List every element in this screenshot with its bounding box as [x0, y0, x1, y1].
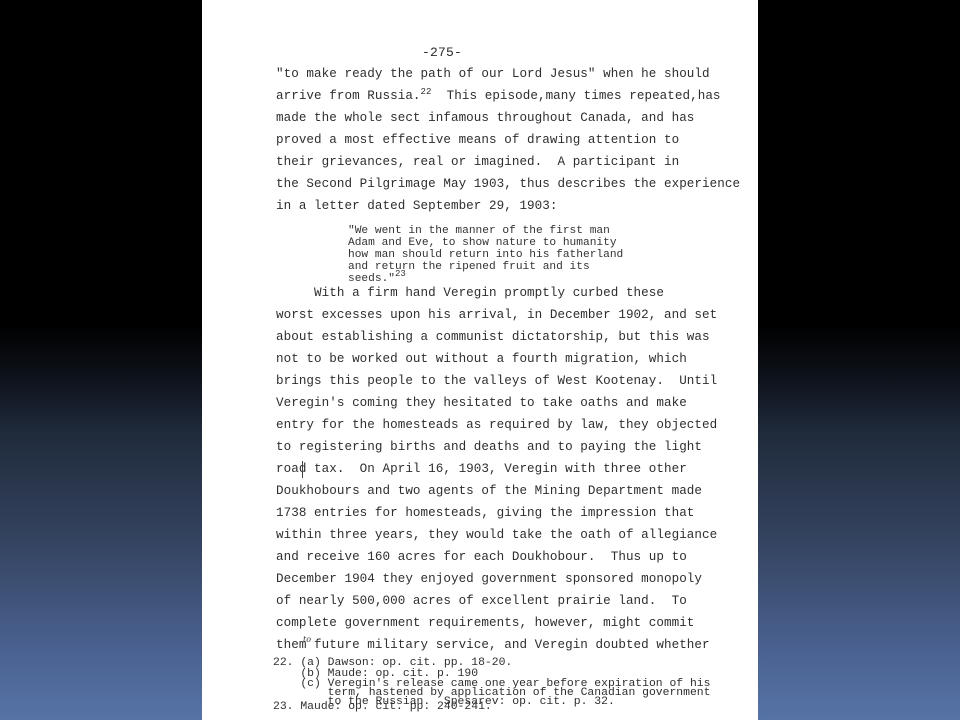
body-line: within three years, they would take the …	[276, 528, 717, 542]
body-line: not to be worked out without a fourth mi…	[276, 352, 687, 366]
body-line: December 1904 they enjoyed government sp…	[276, 572, 702, 586]
footnote-line: 23. Maude: op. cit. pp. 240-241.	[273, 702, 492, 713]
body-line: arrive from Russia.22 This episode,many …	[276, 89, 721, 103]
body-line: their grievances, real or imagined. A pa…	[276, 155, 679, 169]
body-line: of nearly 500,000 acres of excellent pra…	[276, 594, 687, 608]
body-line: proved a most effective means of drawing…	[276, 133, 679, 147]
block-quote-line: seeds."23	[348, 273, 406, 285]
body-line: the Second Pilgrimage May 1903, thus des…	[276, 177, 740, 191]
body-line-text: This episode,many times repeated,has	[431, 89, 720, 103]
body-line: in a letter dated September 29, 1903:	[276, 199, 557, 213]
body-line: brings this people to the valleys of Wes…	[276, 374, 717, 388]
block-quote-text: seeds."	[348, 273, 395, 285]
body-line: made the whole sect infamous throughout …	[276, 111, 694, 125]
body-line: worst excesses upon his arrival, in Dece…	[276, 308, 717, 322]
page-number: -275-	[422, 45, 462, 60]
body-line-text: arrive from Russia.	[276, 89, 421, 103]
body-line: and receive 160 acres for each Doukhobou…	[276, 550, 687, 564]
body-line: "to make ready the path of our Lord Jesu…	[276, 67, 710, 81]
body-line: to registering births and deaths and to …	[276, 440, 702, 454]
proofreading-mark	[302, 461, 303, 478]
block-quote-line: Adam and Eve, to show nature to humanity	[348, 237, 617, 249]
body-line: Veregin's coming they hesitated to take …	[276, 396, 687, 410]
block-quote-line: how man should return into his fatherlan…	[348, 249, 623, 261]
block-quote-line: "We went in the manner of the first man	[348, 225, 610, 237]
footnote-ref: 23	[395, 269, 406, 279]
body-line: Doukhobours and two agents of the Mining…	[276, 484, 702, 498]
body-line: entry for the homesteads as required by …	[276, 418, 717, 432]
body-line: about establishing a communist dictators…	[276, 330, 710, 344]
footnote-ref: 22	[421, 87, 432, 97]
body-line: With a firm hand Veregin promptly curbed…	[276, 286, 664, 300]
block-quote-line: and return the ripened fruit and its	[348, 261, 590, 273]
body-line: them future military service, and Veregi…	[276, 638, 710, 652]
body-line: complete government requirements, howeve…	[276, 616, 694, 630]
body-line: 1738 entries for homesteads, giving the …	[276, 506, 694, 520]
body-line: road tax. On April 16, 1903, Veregin wit…	[276, 462, 687, 476]
